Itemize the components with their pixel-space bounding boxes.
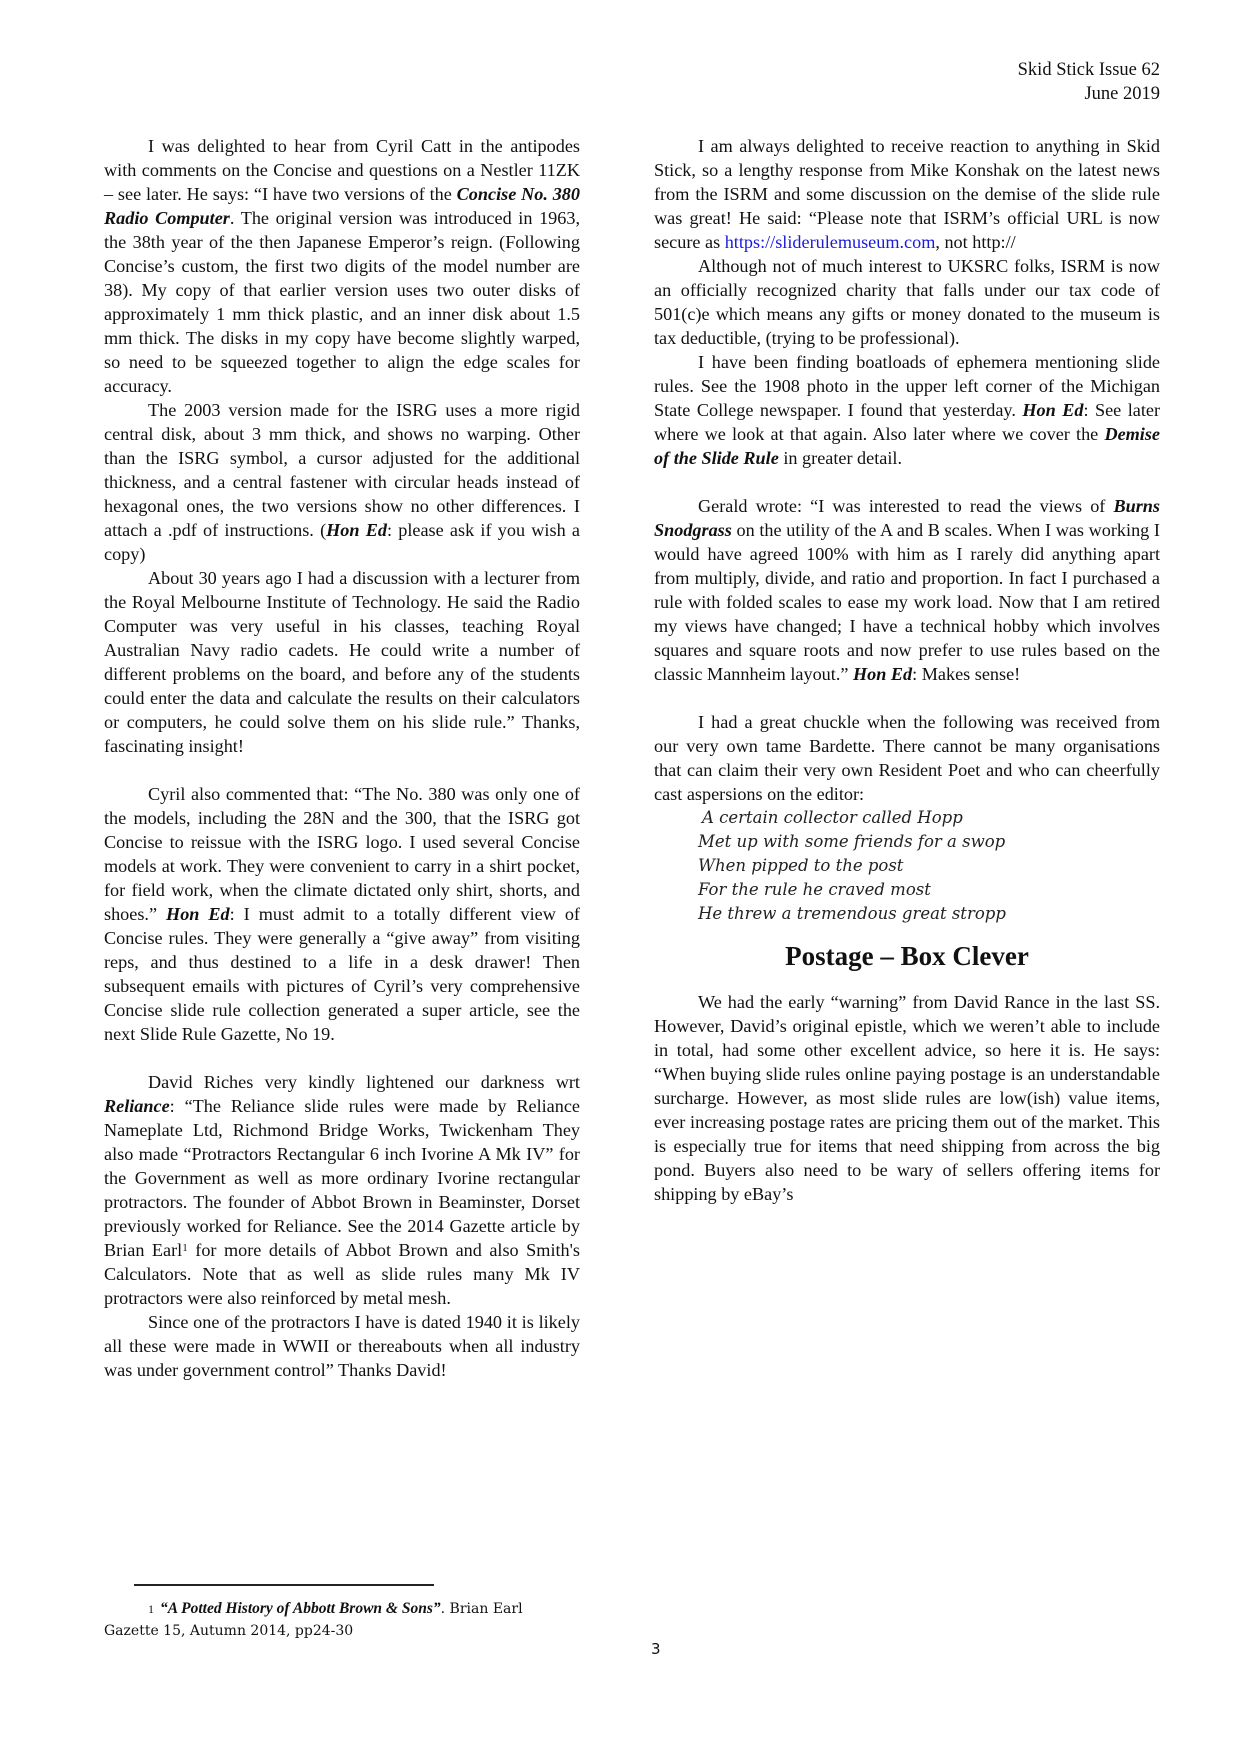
footnote-source: Gazette 15, Autumn 2014, pp24-30 (104, 1623, 353, 1639)
paragraph: Since one of the protractors I have is d… (104, 1310, 580, 1382)
paragraph: I had a great chuckle when the following… (654, 710, 1160, 806)
left-column: I was delighted to hear from Cyril Catt … (104, 134, 580, 1382)
footnote: 1“A Potted History of Abbott Brown & Son… (104, 1598, 580, 1642)
hon-ed-label: Hon Ed (166, 904, 230, 924)
emphasis: Reliance (104, 1096, 170, 1116)
limerick: A certain collector called Hopp Met up w… (654, 806, 1160, 926)
hon-ed-label: Hon Ed (853, 664, 912, 684)
publication-date: June 2019 (1018, 82, 1160, 106)
right-column: I am always delighted to receive reactio… (654, 134, 1160, 1206)
paragraph: We had the early “warning” from David Ra… (654, 990, 1160, 1206)
paragraph: David Riches very kindly lightened our d… (104, 1070, 580, 1310)
postage-text-a: We had the early “warning” from David Ra… (654, 992, 1160, 1204)
footnote-mark: 1 (148, 1602, 154, 1616)
section-title: Postage – Box Clever (654, 940, 1160, 972)
poem-line: When pipped to the post (698, 854, 1160, 878)
paragraph: I was delighted to hear from Cyril Catt … (104, 134, 580, 398)
poem-line: A certain collector called Hopp (698, 806, 1160, 830)
hon-ed-label: Hon Ed (1022, 400, 1083, 420)
paragraph: About 30 years ago I had a discussion wi… (104, 566, 580, 758)
footnote-title: “A Potted History of Abbott Brown & Sons… (160, 1600, 441, 1617)
museum-url-link[interactable]: https://sliderulemuseum.com (725, 232, 936, 252)
footnote-separator (134, 1584, 434, 1586)
paragraph: Cyril also commented that: “The No. 380 … (104, 782, 580, 1046)
page-header: Skid Stick Issue 62 June 2019 (1018, 58, 1160, 106)
publication-title: Skid Stick Issue 62 (1018, 58, 1160, 82)
paragraph: I have been finding boatloads of ephemer… (654, 350, 1160, 470)
poem-line: Met up with some friends for a swop (698, 830, 1160, 854)
paragraph: I am always delighted to receive reactio… (654, 134, 1160, 254)
poem-line: He threw a tremendous great stropp (698, 902, 1160, 926)
poem-line: For the rule he craved most (698, 878, 1160, 902)
paragraph: Gerald wrote: “I was interested to read … (654, 494, 1160, 686)
paragraph: Although not of much interest to UKSRC f… (654, 254, 1160, 350)
hon-ed-label: Hon Ed (326, 520, 387, 540)
footnote-ref[interactable]: 1 (182, 1242, 188, 1254)
paragraph: The 2003 version made for the ISRG uses … (104, 398, 580, 566)
page-number: 3 (651, 1640, 661, 1658)
